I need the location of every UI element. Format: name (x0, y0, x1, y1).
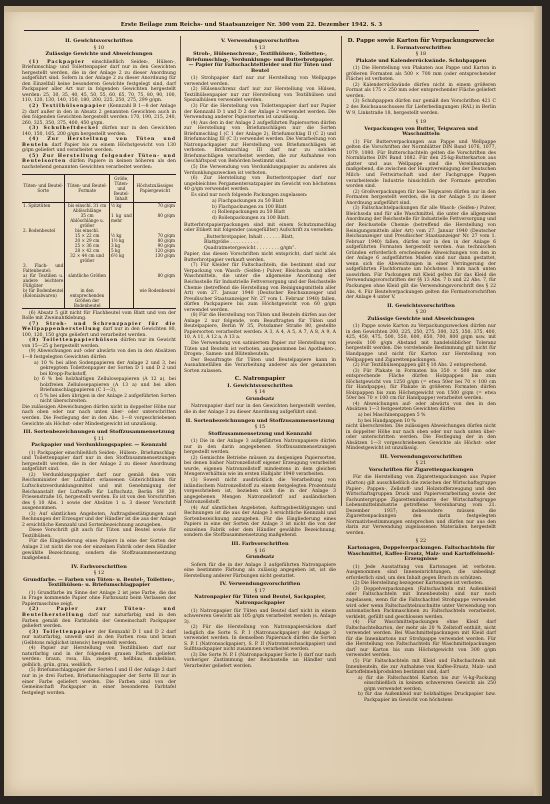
clause: (6) Zur Herstellung von Butterbrotpapier… (184, 176, 336, 193)
clause: (2) Großverpackungen für lose Teigwaren … (346, 190, 496, 207)
clause: (4) Für Waschmittelpackungen ohne Kleid … (346, 620, 496, 659)
clause: (3) Doppelverpackungen (Faltschachteln m… (346, 587, 496, 620)
clause: (1) Natronpapier für Tüten und Beutel da… (184, 609, 336, 626)
paragraph-number: § 20 (346, 310, 496, 316)
clause: (7) Stroh- und Schrenzpapier für die Wel… (22, 322, 176, 339)
table-header: Tüten- und Beutel-Sorte (22, 174, 65, 202)
table-cell-gewicht: 80 g/qm (133, 213, 176, 228)
table-header: Höchstzulässiges Papiergewicht (133, 174, 176, 202)
clause: (2) Für die Herstellung von Natronpapier… (184, 625, 336, 653)
table-row: 35 cm Ablöschlänge u. größer1 kg und meh… (22, 213, 176, 228)
column-2: V. Verwendungsvorschriften § 13 Stroh-, … (184, 36, 336, 670)
list-item: a) für die Faltschachtel Karton bis zur … (358, 676, 496, 693)
list-item: a) 10 % bei allen Sodenpapieren der Anla… (34, 361, 176, 378)
clause: (2) Papier zur Tüten- und Beutelherstell… (22, 607, 176, 629)
clause: (7) Für Kleider für Faltschachteln, die … (184, 263, 336, 313)
part-heading: C. Natronpapier (184, 377, 336, 383)
package-list: a) Flachpackungen zu 50 Blattb) Flachpac… (184, 199, 336, 221)
table-cell-formate (65, 263, 110, 273)
table-cell-inhalt (109, 263, 133, 273)
table-cell-sorte: a) für Textilien u. andere leichtere Fül… (22, 273, 65, 288)
paragraph-title: Verpackungen von Butter, Teigwaren und W… (346, 127, 496, 138)
clause: (5) Die Verwendung von Verdunklungspapie… (184, 165, 336, 176)
column-divider-1 (180, 36, 181, 506)
paragraph-title: Natronpapier für Tüten und Beutel, Sackp… (184, 595, 336, 606)
list-item: b) für das Außenkleid nur holzhaltiges D… (358, 692, 496, 703)
paragraph-title: Zulässige Gewichte und Abweichungen (346, 317, 496, 323)
table-cell-gewicht (133, 263, 176, 273)
clause: Butterbrotpapierpackungen sind mit einem… (184, 223, 336, 234)
inscription-line: Quadratmetergewicht . . . . . . . . g/qm… (204, 246, 336, 252)
clause: Papier, das diesen Vorschriften nicht en… (184, 252, 336, 263)
page-top-edge (4, 6, 542, 12)
part-heading: D. Pappe sowie Karton für Verpackungszwe… (346, 39, 496, 45)
table-header: Tüten- und Beutel-Formate (65, 174, 110, 202)
clause: (1) Die in der Anlage 3 aufgeführten Nat… (184, 439, 336, 456)
section-heading: V. Verwendungsvorschriften (184, 39, 336, 45)
clause: (1) Die Herstellung von Plakaten aus Pap… (346, 66, 496, 83)
clause: (1) Packpapier einschließlich Seiden-, H… (22, 60, 176, 104)
clause: Sofern für die in der Anlage 3 aufgeführ… (184, 563, 336, 580)
clause: (3) Auf sämtlichen Angeboten, Auftragsbe… (22, 512, 176, 529)
paragraph-number: § 12 (22, 571, 176, 577)
clause: (5) Briefumschlagpapier der Sorten I und… (22, 668, 176, 696)
clause: (1) Für Butterverpackungen aus Pappe und… (346, 140, 496, 190)
table-cell-sorte (22, 253, 65, 263)
running-header: Erste Beilage zum Reichs- und Staatsanze… (24, 22, 479, 28)
table-cell-inhalt (109, 288, 133, 309)
clause: (1) Grundfarbe im Sinne der Anlage 2 ist… (22, 591, 176, 608)
clause: (3) Die Sorte N. P. I (Natronpackpapier … (184, 653, 336, 670)
clause: (2) Textilhülsenpapier (Kennzahl B 1—8 d… (22, 104, 176, 126)
clause: (8) Toilettenpapierhülsen dürfen nur im … (22, 338, 176, 349)
newspaper-page: Erste Beilage zum Reichs- und Staatsanze… (4, 6, 542, 796)
clause: (2) Für Textilhülsenpappen gilt § 10 Abs… (346, 363, 496, 369)
clause: (2) Verdunklungspapier darf nur gemäß de… (22, 473, 176, 512)
paragraph-number: § 19 (346, 120, 496, 126)
clause: (4) Aus den in der Anlage 2 aufgeführten… (184, 121, 336, 165)
table-cell-gewicht: wie Bodenbeutel (133, 288, 176, 309)
column-divider-2 (341, 36, 342, 506)
clause: (3) Soweit nicht ausdrücklich die Verarb… (184, 478, 336, 506)
table-cell-gewicht: 130 g/qm (133, 253, 176, 263)
clause: (2) Gemischte Betriebe müssen zu denjeni… (184, 456, 336, 478)
table-cell-formate: 35 cm Ablöschlänge u. größer (65, 213, 110, 228)
clause: (4) Papier zur Herstellung von Textilhül… (22, 646, 176, 668)
clause: (5) Zur Herstellung folgender Tüten- und… (22, 154, 176, 171)
table-cell-inhalt: 1 kg und mehr (109, 213, 133, 228)
paragraph-title: Grundsatz (184, 397, 336, 403)
paragraph-title: Zulässige Gewichte und Abweichungen (22, 52, 176, 58)
section-heading: II. Gewichtsvorschriften (22, 39, 176, 45)
list-item: c) 5 % bei allen übrigen in der Anlage 2… (34, 394, 176, 405)
table-cell-sorte (22, 213, 65, 228)
table-header: Größe, Tüten- und Beutel-Inhalt (109, 174, 133, 202)
table-row: b) für Bodenbeutel (Kolonialwaren)in den… (22, 288, 176, 309)
clause: (3) Für die Herstellung von Toilettenpap… (184, 104, 336, 121)
table-cell-formate: 32 × 44 cm und größer (65, 253, 110, 263)
column-1: II. Gewichtsvorschriften § 10 Zulässige … (22, 36, 176, 696)
clause: Die Verwendung von satiniertem Papier zu… (184, 341, 336, 358)
clause: nicht überschreiten. Die zulässigen Abwe… (346, 424, 496, 452)
clause: Die zulässigen Abweichungen dürfen nicht… (22, 405, 176, 427)
clause: Der Beauftragte für Tüten und Beutelpapi… (184, 358, 336, 375)
clause: (2) Kalenderrückwände dürfen nicht in ei… (346, 83, 496, 100)
clause: (1) Pappe sowie Karton zu Verpackungszwe… (346, 324, 496, 363)
deviation-list: a) 10 % bei allen Sodenpapieren der Anla… (22, 361, 176, 405)
paragraph-title: Grundsatz (184, 555, 336, 561)
column-3: D. Pappe sowie Karton für Verpackungszwe… (346, 36, 496, 703)
clause: Für die Eingliederung eines Papiers in e… (22, 539, 176, 561)
table-cell-sorte: 1. Spitztüten (22, 202, 65, 213)
table-row: 3. Flach- und Faltenbeutel: (22, 263, 176, 273)
list-item: b) 6 % bei holzhaltigen Zellulosepapiere… (34, 377, 176, 394)
section-heading: III. Farbvorschriften (184, 542, 336, 548)
table-row: a) für Textilien u. andere leichtere Fül… (22, 273, 176, 288)
clause: (2) Hülsenschrenz darf nur zur Herstellu… (184, 87, 336, 104)
table-cell-sorte: b) für Bodenbeutel (Kolonialwaren) (22, 288, 65, 309)
table-cell-gewicht: 70 g/qm (133, 202, 176, 213)
label-inscription: „Butterbrotpapier, Inhalt . . . . . . Bl… (184, 235, 336, 252)
list-item: d) Rollenpackungen zu 100 Blatt. (212, 216, 336, 222)
weight-table: Tüten- und Beutel-SorteTüten- und Beutel… (22, 174, 176, 309)
clause: (3) Schulheftdeckel dürfen nur in den Ge… (22, 126, 176, 137)
clause: (8) Für die Herstellung von Tüten und Be… (184, 313, 336, 341)
paragraph-number: § 15 (184, 425, 336, 431)
table-cell-formate: sämtliche Größen (65, 273, 110, 288)
table-cell-inhalt (109, 273, 133, 288)
clause: (3) Schuhpappen dürfen nur gemäß den Vor… (346, 99, 496, 116)
clause: (6) Absatz 5 gilt nicht für Flachbeutel … (22, 311, 176, 322)
table-cell-sorte: 3. Flach- und Faltenbeutel: (22, 263, 65, 273)
clause: (9) Abweichungen auf- oder abwärts von d… (22, 349, 176, 360)
paragraph-number: § 18 (346, 52, 496, 58)
paragraph-title: Vorschriften für Zigarettenpackungen (346, 468, 496, 474)
clause: (4) Zur Herstellung von Tüten und Beutel… (22, 137, 176, 154)
paragraph-title: Stoffzusammensetzung und Kennzahl (184, 432, 336, 438)
clause: Es sind nur noch folgende Packungen zuge… (184, 193, 336, 199)
clause: (5) Für Faltschachteln mit Kleid und Fal… (346, 659, 496, 676)
paragraph-title: Kartonagen, Doppelverpackungen. Faltscha… (346, 546, 496, 563)
header-rule (24, 30, 479, 31)
table-cell-inhalt: 6½ kg (109, 253, 133, 263)
table-cell-inhalt: ½ kg (109, 202, 133, 213)
section-heading: III. Sortenbezeichnungen und Stoffzusamm… (22, 430, 176, 436)
table-cell-gewicht: 80 g/qm (133, 273, 176, 288)
paragraph-title: Plakate und Kalenderrückwände. Schuhpapp… (346, 59, 496, 65)
clause: (4) Auf sämtlichen Angeboten, Auftragsbe… (184, 506, 336, 539)
clause: (1) Strohpapier darf nur zur Herstellung… (184, 76, 336, 87)
paragraph-title: Stroh-, Hülsenschrenz-, Textilhülsen-, T… (184, 52, 336, 74)
table-row: 32 × 44 cm und größer6½ kg130 g/qm (22, 253, 176, 263)
paragraph-title: Grundfarbe. — Farben von Tüten- u. Beute… (22, 578, 176, 589)
clause: (1) Packpapier einschließlich Seiden-, H… (22, 451, 176, 473)
page-right-edge (534, 6, 542, 796)
clause: Diese Vorschrift gilt auch für Tüten und… (22, 528, 176, 539)
clause: Natronpapier darf nur in den Gewichten h… (184, 404, 336, 415)
clause: (3) Faltschachtelpackungen für alle Wasc… (346, 206, 496, 300)
table-cell-formate: bis einschl. 31 cm Ablöschlänge (65, 202, 110, 213)
deviation-list: a) bei Maschinenpappen 5 %b) bei Handpap… (346, 413, 496, 424)
clause: (3) Für Plakate in Formaten bis 350 × 50… (346, 369, 496, 402)
clause: Für die Herstellung von Zigarettenpackun… (346, 475, 496, 536)
paragraph-title: Packpapier und Verdunklungspapier. — Ken… (22, 443, 176, 449)
table-cell-formate: in den entsprechenden Größen der Bodenbe… (65, 288, 110, 309)
clause: (3) Toilettenpapier der Kennzahl D 1 und… (22, 630, 176, 647)
clause: (1) Jede Ausstattung von Kartonagen ist … (346, 565, 496, 582)
clause: (4) Abweichungen auf- oder abwärts von d… (346, 402, 496, 413)
table-row: 1. Spitztütenbis einschl. 31 cm Ablöschl… (22, 202, 176, 213)
material-list: a) für die Faltschachtel Karton bis zur … (346, 676, 496, 704)
